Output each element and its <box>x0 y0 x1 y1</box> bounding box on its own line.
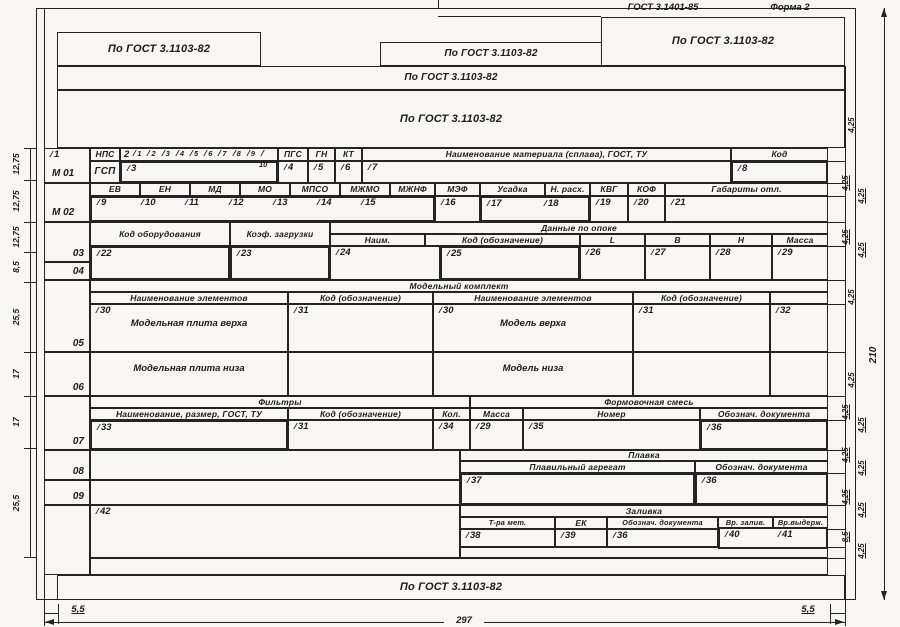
cell-empty <box>288 352 433 396</box>
field-number: 42 <box>94 507 111 517</box>
header-kod: Код <box>731 148 828 161</box>
top-zone-line <box>438 16 601 17</box>
row-label: 09 <box>73 492 84 502</box>
dim-tick <box>24 282 36 283</box>
field-number: 23 <box>235 249 252 259</box>
cell-row09-left <box>90 480 460 505</box>
field-box-38: 38 <box>460 529 555 547</box>
field-number: 20 <box>632 198 649 208</box>
dim-label-right: 4,25 <box>857 412 867 438</box>
field-number: 37 <box>465 476 482 486</box>
header-filter-kod: Код (обозначение) <box>288 408 433 420</box>
field-number: 6 <box>339 163 350 173</box>
field-number: 41 <box>776 530 793 540</box>
section-pouring: Заливка <box>460 505 828 517</box>
scale-tick: 13 <box>271 198 315 208</box>
row-m02-label: М 02 <box>44 183 90 222</box>
field-number: 31 <box>292 306 309 316</box>
entry-model-top: Модель верха <box>434 318 632 329</box>
field-box-36-pour: 36 <box>607 529 718 547</box>
header-mzhmo: МЖМО <box>340 183 390 196</box>
row-label: 08 <box>73 467 84 477</box>
header-nps: НПС <box>90 148 120 161</box>
field-number: 28 <box>714 248 731 258</box>
header-usadka: Усадка <box>480 183 545 196</box>
field-number: 36 <box>700 476 717 486</box>
row-09-label: 09 <box>44 480 90 505</box>
header-spare <box>770 292 828 304</box>
field-box-34: 34 <box>433 420 470 450</box>
cell-pour-spacer <box>460 547 828 558</box>
header-gn: ГН <box>308 148 335 161</box>
dim-label-left: 17 <box>10 356 22 392</box>
field-box-37: 37 <box>460 473 695 505</box>
field-box-22: 22 <box>90 246 230 280</box>
field-number: 39 <box>559 531 576 541</box>
dim-label-left: 25,5 <box>10 485 22 521</box>
header-name-elements-left: Наименование элементов <box>90 292 288 304</box>
entry-model-plate-bottom: Модельная плита низа <box>91 363 287 374</box>
width-dimension-line <box>44 622 444 623</box>
field-number: 4 <box>282 163 293 173</box>
header-mef: МЭФ <box>435 183 480 196</box>
arrow-down <box>881 591 887 600</box>
grid-line <box>828 396 845 397</box>
header-kof: КОФ <box>628 183 665 196</box>
row-07-label: 07 <box>44 396 90 450</box>
field-number: 29 <box>776 248 793 258</box>
field-number: 5 <box>312 163 323 173</box>
value-gsp: ГСП <box>90 161 120 183</box>
field-1: 1 <box>48 150 59 160</box>
header-pgs: ПГС <box>278 148 308 161</box>
field-box-29: 29 <box>772 246 828 280</box>
gost-form-sheet: ГОСТ 3.1401-85 Форма 2 По ГОСТ 3.1103-82… <box>0 0 900 627</box>
grid-line <box>828 304 845 305</box>
row-04-label: 04 <box>44 262 90 280</box>
field-number: 8 <box>736 164 747 174</box>
header-kvg: КВГ <box>590 183 628 196</box>
row-label: 07 <box>73 437 84 447</box>
standard-number: ГОСТ 3.1401-85 <box>598 3 728 13</box>
field-box-32: 32 <box>770 304 828 352</box>
dim-label-right: 4,25 <box>857 497 867 523</box>
dim-label-right: 4,25 <box>841 442 851 468</box>
field-box-42: 42 <box>90 505 460 558</box>
scale-tick: 14 <box>315 198 359 208</box>
field-number: 17 <box>485 199 502 209</box>
header-ek: ЕК <box>555 517 607 529</box>
dim-label-left: 17 <box>10 404 22 440</box>
ref-box-right: По ГОСТ 3.1103-82 <box>601 17 845 66</box>
scale-tick: 9 <box>95 198 139 208</box>
field-box-23: 23 <box>230 246 330 280</box>
dim-label-margin-right: 5,5 <box>794 605 822 615</box>
dim-label-right: 4,25 <box>847 284 857 310</box>
grid-line <box>828 161 845 162</box>
field-number: 25 <box>445 249 462 259</box>
field-box-35: 35 <box>523 420 700 450</box>
header-massa: Масса <box>772 234 828 246</box>
field-number: 35 <box>527 422 544 432</box>
field-number: 33 <box>95 423 112 433</box>
scale-tick: 11 <box>183 198 227 208</box>
section-filters: Фильтры <box>90 396 470 408</box>
field-number: 31 <box>292 422 309 432</box>
grid-line <box>828 196 845 197</box>
dim-label-left: 12,75 <box>10 146 22 182</box>
header-ev: ЕВ <box>90 183 140 196</box>
dim-label-left: 8,5 <box>10 249 22 285</box>
header-koef-zagruzki: Коэф. загрузки <box>230 222 330 246</box>
scale-tick: 10 <box>139 198 183 208</box>
field-number: 31 <box>637 306 654 316</box>
field-number: 3 <box>125 164 136 174</box>
field-box-40-41: 40 41 <box>718 527 828 549</box>
field-box-36-melt: 36 <box>695 473 828 505</box>
header-filter-name: Наименование, размер, ГОСТ, ТУ <box>90 408 288 420</box>
header-md: МД <box>190 183 240 196</box>
grid-line <box>828 280 845 281</box>
field-number: 27 <box>649 248 666 258</box>
field-box-8: 8 <box>731 161 828 183</box>
row-m01-label: 1 М 01 <box>44 148 90 183</box>
header-metal-temp: Т-ра мет. <box>460 517 555 529</box>
field-number: 40 <box>723 530 740 540</box>
header-mix-doc: Обознач. документа <box>700 408 828 420</box>
scale-tick: 12 <box>227 198 271 208</box>
ref-strip: По ГОСТ 3.1103-82 <box>57 66 845 90</box>
ref-area: По ГОСТ 3.1103-82 <box>57 90 845 148</box>
width-dimension-line <box>484 622 845 623</box>
field-number: 34 <box>437 422 454 432</box>
dim-label-width: 297 <box>447 616 481 626</box>
header-mzhnf: МЖНФ <box>390 183 435 196</box>
row-08-label: 08 <box>44 450 90 480</box>
header-material: Наименование материала (сплава), ГОСТ, Т… <box>362 148 731 161</box>
dim-tick <box>24 222 36 223</box>
field-number: 36 <box>611 531 628 541</box>
cell-model-top: 30 Модель верха <box>433 304 633 352</box>
dim-tick <box>24 252 36 253</box>
ref-bottom-strip: По ГОСТ 3.1103-82 <box>57 575 845 600</box>
header-dannye-po-opoke: Данные по опоке <box>330 222 828 234</box>
ref-box-mid: По ГОСТ 3.1103-82 <box>380 42 602 66</box>
header-pour-doc: Обознач. документа <box>607 517 718 529</box>
field-number: 26 <box>584 248 601 258</box>
field-box-27: 27 <box>645 246 710 280</box>
field-box-17-18: 17 18 <box>480 196 590 222</box>
top-format-tick <box>438 0 439 9</box>
row-label: 03 <box>73 249 84 259</box>
field-number: 18 <box>542 199 559 209</box>
ruler-tick: 8 <box>231 149 245 160</box>
field-number: 38 <box>464 531 481 541</box>
header-kod-oboznachenie: Код (обозначение) <box>425 234 580 246</box>
arrow-left <box>45 619 54 625</box>
field-number: 21 <box>669 198 686 208</box>
cell-bottom-spacer <box>90 558 828 575</box>
row-label-spacer <box>44 505 90 575</box>
header-kod-oborudovaniya: Код оборудования <box>90 222 230 246</box>
dim-segment <box>830 613 845 614</box>
cell-empty <box>633 352 770 396</box>
field-number: 19 <box>594 198 611 208</box>
extension-line <box>845 600 846 626</box>
field-box-9-15: 9 10 11 12 13 14 15 <box>90 196 435 222</box>
header-mo: МО <box>240 183 290 196</box>
section-model-set: Модельный комплект <box>90 280 828 292</box>
row-label: 06 <box>73 383 84 393</box>
field-number: 29 <box>474 422 491 432</box>
dim-label-right: 4,25 <box>857 237 867 263</box>
header-qty: Кол. <box>433 408 470 420</box>
field-box-33: 33 <box>90 420 288 450</box>
header-en: ЕН <box>140 183 190 196</box>
row-label: М 01 <box>52 169 74 179</box>
field-box-7: 7 <box>362 161 731 183</box>
dim-tick <box>24 148 36 149</box>
field-box-21: 21 <box>665 196 828 222</box>
header-kod-left: Код (обозначение) <box>288 292 433 304</box>
cell-empty <box>770 352 828 396</box>
header-kt: КТ <box>335 148 362 161</box>
grid-line <box>828 558 845 559</box>
field-box-26: 26 <box>580 246 645 280</box>
field-box-31-filter: 31 <box>288 420 433 450</box>
dim-label-right: 4,25 <box>857 183 867 209</box>
field-box-4: 4 <box>278 161 308 183</box>
field-number: 16 <box>439 198 456 208</box>
field-box-16: 16 <box>435 196 480 222</box>
header-name-elements-right: Наименование элементов <box>433 292 633 304</box>
dim-label-height: 210 <box>868 337 880 373</box>
ruler-tick: 7 <box>216 149 230 160</box>
field-box-39: 39 <box>555 529 607 547</box>
field-box-36-mix: 36 <box>700 420 828 450</box>
field-box-28: 28 <box>710 246 772 280</box>
dim-label-right: 4,25 <box>847 367 857 393</box>
header-naim: Наим. <box>330 234 425 246</box>
field-number: 30 <box>94 306 111 316</box>
extension-line <box>58 604 59 624</box>
cell-row08-left <box>90 450 460 480</box>
form-right-edge <box>845 66 846 600</box>
header-mix-nomer: Номер <box>523 408 700 420</box>
dim-label-right: 8,5 <box>841 524 851 550</box>
row-label: М 02 <box>52 208 74 218</box>
field-number: 22 <box>95 249 112 259</box>
field-number: 24 <box>334 248 351 258</box>
row-label: 05 <box>73 339 84 349</box>
dim-label-margin-left: 5,5 <box>64 605 92 615</box>
grid-line <box>828 473 845 474</box>
header-mix-massa: Масса <box>470 408 523 420</box>
section-melting: Плавка <box>460 450 828 461</box>
row-05-label: 05 <box>44 280 90 352</box>
entry-model-plate-top: Модельная плита верха <box>91 318 287 329</box>
dim-label-right: 4,25 <box>841 170 851 196</box>
dim-tick <box>24 352 36 353</box>
dim-label-right: 4,25 <box>857 538 867 564</box>
field-box-6: 6 <box>335 161 362 183</box>
header-melting-doc: Обознач. документа <box>695 461 828 473</box>
dim-tick <box>24 557 36 558</box>
grid-line <box>828 222 845 223</box>
ref-box-left: По ГОСТ 3.1103-82 <box>57 32 261 66</box>
entry-model-bottom: Модель низа <box>434 363 632 374</box>
form-number: Форма 2 <box>750 3 830 13</box>
scale-tick: 15 <box>359 198 403 208</box>
header-n-rash: Н. расх. <box>545 183 590 196</box>
dim-tick <box>24 448 36 449</box>
cell-model-plate-bottom: Модельная плита низа <box>90 352 288 396</box>
field-number: 32 <box>774 306 791 316</box>
dim-label-left: 25,5 <box>10 299 22 335</box>
dim-label-right: 4,25 <box>841 399 851 425</box>
dim-tick <box>24 180 36 181</box>
section-molding-mix: Формовочная смесь <box>470 396 828 408</box>
field-box-31-left: 31 <box>288 304 433 352</box>
dim-label-right: 4,25 <box>841 484 851 510</box>
dim-label-left: 12,75 <box>10 183 22 219</box>
header-gabarity: Габариты отл. <box>665 183 828 196</box>
header-kod-right: Код (обозначение) <box>633 292 770 304</box>
header-mpso: МПСО <box>290 183 340 196</box>
dim-tick <box>24 396 36 397</box>
field-box-3: 3 <box>120 161 278 183</box>
field-box-24: 24 <box>330 246 440 280</box>
dim-label-right: 4,25 <box>847 112 857 138</box>
header-melting-unit: Плавильный агрегат <box>460 461 695 473</box>
cell-model-plate-top: 30 Модельная плита верха <box>90 304 288 352</box>
grid-line <box>828 352 845 353</box>
field-number: 7 <box>366 163 377 173</box>
field-box-19: 19 <box>590 196 628 222</box>
position-ruler: 2 1 2 3 4 5 6 7 8 9 10 <box>120 148 278 161</box>
ruler-tick: 2 <box>145 149 159 160</box>
row-03-label: 03 <box>44 222 90 262</box>
field-box-25: 25 <box>440 246 580 280</box>
row-label: 04 <box>73 267 84 277</box>
field-box-31-right: 31 <box>633 304 770 352</box>
arrow-right <box>835 619 844 625</box>
arrow-up <box>881 8 887 17</box>
dim-label-right: 4,25 <box>857 455 867 481</box>
field-box-5: 5 <box>308 161 335 183</box>
dim-segment <box>44 613 58 614</box>
field-box-29-mix: 29 <box>470 420 523 450</box>
field-number: 30 <box>437 306 454 316</box>
field-number: 36 <box>705 423 722 433</box>
header-L: L <box>580 234 645 246</box>
header-H: Н <box>710 234 772 246</box>
cell-model-bottom: Модель низа <box>433 352 633 396</box>
right-dimension-line <box>884 8 885 600</box>
row-06-label: 06 <box>44 352 90 396</box>
header-B: В <box>645 234 710 246</box>
field-box-20: 20 <box>628 196 665 222</box>
dim-label-right: 4,25 <box>841 224 851 250</box>
